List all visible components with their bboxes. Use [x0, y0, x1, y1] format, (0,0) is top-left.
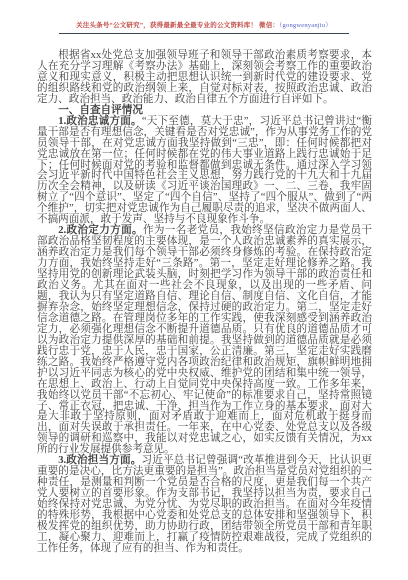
intro-paragraph: 根据省xx处党总支加强领导班子和领导干部政治素质考察要求，本人在充分学习理解《考…	[37, 51, 372, 106]
document-body: 根据省xx处党总支加强领导班子和领导干部政治素质考察要求，本人在充分学习理解《考…	[37, 51, 372, 555]
paragraph-3-text: 习近平总书记曾强调“改革推进到今天，比认识更重要的是决心，比方法更重要的是担当”…	[37, 455, 372, 554]
paragraph-1-text: “天下至德，莫大于忠”，习近平总书记曾讲过“衡量干部是否有理想信念，关键看是否对…	[37, 116, 372, 226]
paragraph-1-lead: 1.政治忠诚方面。	[58, 116, 142, 127]
wechat-label: 微信：	[259, 22, 279, 29]
paragraph-political-loyalty: 1.政治忠诚方面。“天下至德，莫大于忠”，习近平总书记曾讲过“衡量干部是否有理想…	[37, 117, 372, 227]
wechat-id: （gongwenyanjiu）	[279, 22, 332, 29]
paragraph-political-resolve: 2.政治定力方面。作为一名老党员，我始终坚信政治定力是党员干部政治品格坚韧程度的…	[37, 226, 372, 456]
watermark-text: 关注头条号“公文研究”，获得最新最全最专业的公文资料库！	[76, 22, 257, 29]
header-watermark: 关注头条号“公文研究”，获得最新最全最专业的公文资料库！ 微信：（gongwen…	[0, 22, 408, 30]
paragraph-2-text: 作为一名老党员，我始终坚信政治定力是党员干部政治品格坚韧程度的主要体现，是一个人…	[37, 225, 372, 455]
document-page: 关注头条号“公文研究”，获得最新最全最专业的公文资料库！ 微信：（gongwen…	[0, 0, 408, 580]
header-divider-rule	[59, 33, 349, 34]
paragraph-political-responsibility: 3.政治担当方面。习近平总书记曾强调“改革推进到今天，比认识更重要的是决心，比方…	[37, 456, 372, 555]
paragraph-2-lead: 2.政治定力方面。	[58, 225, 143, 236]
paragraph-3-lead: 3.政治担当方面。	[58, 455, 141, 466]
